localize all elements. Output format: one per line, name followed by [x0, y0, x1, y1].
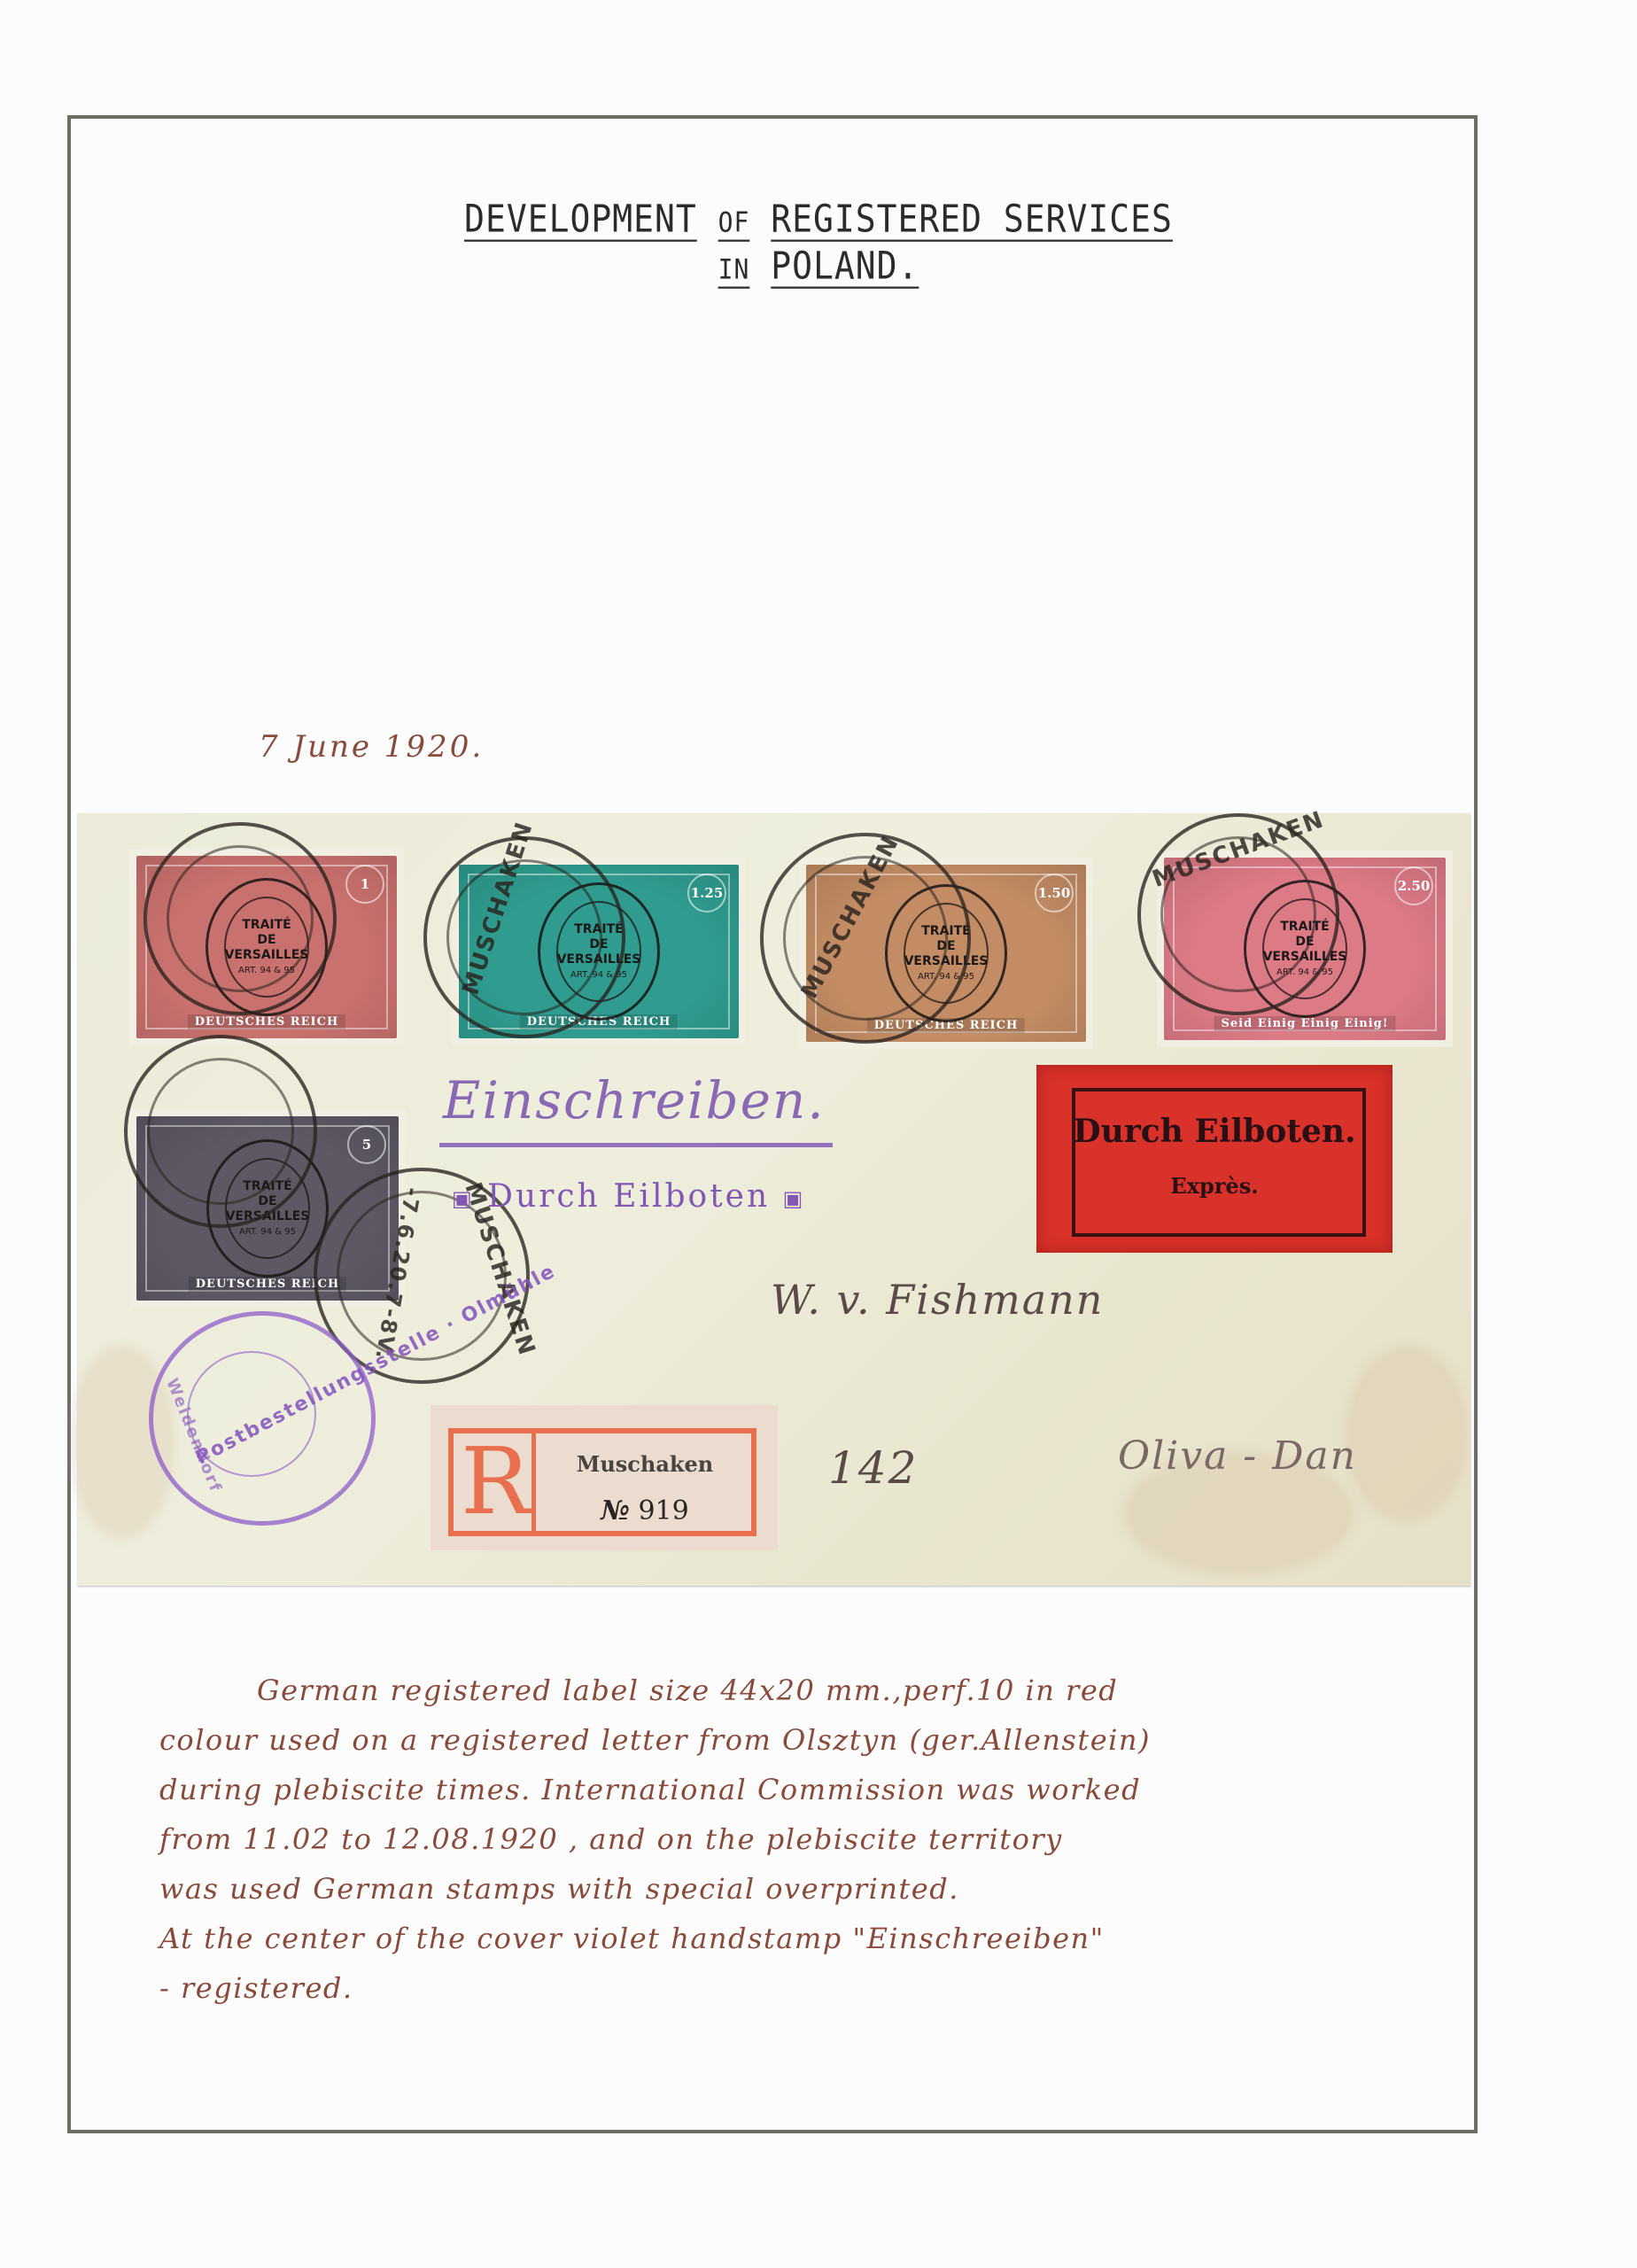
- registration-label: R Muschaken № 919: [431, 1405, 778, 1550]
- title-word-poland: POLAND.: [771, 244, 919, 287]
- address-town: Oliva - Dan: [1118, 1433, 1357, 1479]
- postmark: [144, 822, 337, 1015]
- express-handstamp-text: Durch Eilboten: [487, 1178, 770, 1215]
- postmark: [124, 1035, 317, 1228]
- express-label: Durch Eilboten. Exprès.: [1036, 1065, 1393, 1253]
- square-ornament-icon: ▣: [452, 1186, 475, 1211]
- cover-description: German registered label size 44x20 mm.,p…: [159, 1666, 1470, 2013]
- stamp-denomination: 2.50: [1394, 866, 1433, 905]
- stamp-denomination: 1: [345, 865, 384, 904]
- cover-date: 7 June 1920.: [259, 729, 484, 765]
- stamp-inscription: DEUTSCHES REICH: [188, 1014, 345, 1029]
- stamp-denomination: 1.25: [687, 874, 726, 913]
- description-line: from 11.02 to 12.08.1920 , and on the pl…: [159, 1814, 1470, 1864]
- address-recipient: W. v. Fishmann: [771, 1276, 1104, 1324]
- title-word-registered-services: REGISTERED SERVICES: [771, 197, 1173, 240]
- registration-number: № 919: [539, 1495, 751, 1526]
- title-word-in: IN: [718, 252, 750, 285]
- square-ornament-icon: ▣: [783, 1186, 806, 1211]
- description-line: - registered.: [159, 1963, 1470, 2013]
- description-line: colour used on a registered letter from …: [159, 1715, 1470, 1765]
- page-title-line-2: IN POLAND.: [0, 244, 1637, 287]
- registration-number-value: 919: [638, 1495, 688, 1526]
- registration-label-divider: [531, 1433, 536, 1531]
- age-stain: [1345, 1345, 1469, 1522]
- stamp-inscription: Seid Einig Einig Einig!: [1214, 1016, 1396, 1031]
- express-label-line-1: Durch Eilboten.: [1036, 1113, 1393, 1150]
- stamp-denomination: 5: [347, 1125, 386, 1164]
- express-label-line-2: Exprès.: [1036, 1173, 1393, 1199]
- title-word-development: DEVELOPMENT: [464, 197, 697, 240]
- description-line: during plebiscite times. International C…: [159, 1765, 1470, 1814]
- description-line: was used German stamps with special over…: [159, 1864, 1470, 1914]
- description-line: German registered label size 44x20 mm.,p…: [159, 1666, 1470, 1715]
- description-line: At the center of the cover violet handst…: [159, 1914, 1470, 1963]
- registered-handstamp: Einschreiben.: [443, 1070, 826, 1130]
- express-label-border: [1072, 1088, 1366, 1237]
- registration-label-frame: R Muschaken № 919: [448, 1428, 756, 1536]
- stamp-denomination: 1.50: [1035, 874, 1074, 913]
- registration-place: Muschaken: [539, 1451, 751, 1477]
- handstamp-underline: [439, 1143, 833, 1147]
- address-house-number: 142: [828, 1442, 918, 1494]
- title-word-of: OF: [718, 206, 750, 238]
- page-title-line-1: DEVELOPMENT OF REGISTERED SERVICES: [0, 197, 1637, 240]
- registration-letter-r: R: [461, 1428, 528, 1534]
- express-handstamp: ▣ Durch Eilboten ▣: [452, 1178, 805, 1215]
- number-sign: №: [601, 1495, 630, 1526]
